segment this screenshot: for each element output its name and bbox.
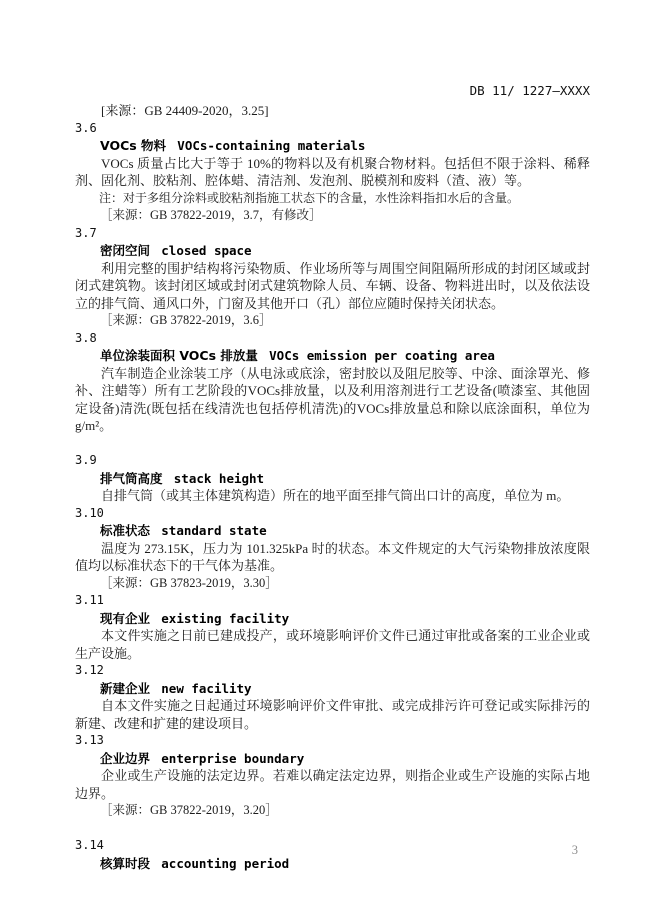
term-section: 3.13 企业边界enterprise boundary 企业或生产设施的法定边… <box>75 732 590 820</box>
section-number: 3.11 <box>75 592 590 610</box>
section-number: 3.7 <box>75 225 590 243</box>
term-heading: 标准状态standard state <box>75 522 590 540</box>
term-section: 3.7 密闭空间closed space 利用完整的围护结构将污染物质、作业场所… <box>75 225 590 330</box>
section-number: 3.8 <box>75 330 590 348</box>
term-chinese: 新建企业 <box>100 681 150 696</box>
note-text: 注：对于多组分涂料或胶粘剂指施工状态下的含量，水性涂料指扣水后的含量。 <box>75 190 590 208</box>
term-chinese: 单位涂装面积 VOCs 排放量 <box>100 348 258 363</box>
definition-paragraph: 自本文件实施之日起通过环境影响评价文件审批、或完成排污许可登记或实际排污的新建、… <box>75 697 590 732</box>
terms-list: 3.6 VOCs 物料VOCs-containing materials VOC… <box>75 120 590 873</box>
term-chinese: 标准状态 <box>100 523 150 538</box>
definition-body: 利用完整的围护结构将污染物质、作业场所等与周围空间阻隔所形成的封闭区域或封闭式建… <box>75 260 590 313</box>
term-chinese: VOCs 物料 <box>100 138 166 153</box>
definition-body: 企业或生产设施的法定边界。若难以确定法定边界，则指企业或生产设施的实际占地边界。 <box>75 767 590 802</box>
definition-paragraph: 温度为 273.15K，压力为 101.325kPa 时的状态。本文件规定的大气… <box>75 540 590 575</box>
section-number: 3.6 <box>75 120 590 138</box>
header-doc-code: DB 11/ 1227—XXXX <box>75 84 590 98</box>
definition-paragraph: 企业或生产设施的法定边界。若难以确定法定边界，则指企业或生产设施的实际占地边界。 <box>75 767 590 802</box>
term-chinese: 现有企业 <box>100 611 150 626</box>
term-heading: 核算时段accounting period <box>75 855 590 873</box>
term-heading: 排气筒高度stack height <box>75 470 590 488</box>
term-section: 3.9 排气筒高度stack height 自排气筒（或其主体建筑构造）所在的地… <box>75 452 590 505</box>
term-chinese: 核算时段 <box>100 856 150 871</box>
section-number: 3.13 <box>75 732 590 750</box>
source-reference: ［来源：GB 37823-2019，3.30］ <box>75 575 590 593</box>
definition-body: 汽车制造企业涂装工序（从电泳或底涂，密封胶以及阻尼胶等、中涂、面涂罩光、修补、注… <box>75 365 590 435</box>
definition-paragraph: VOCs 质量占比大于等于 10%的物料以及有机聚合物材料。包括但不限于涂料、稀… <box>75 155 590 190</box>
document-page: DB 11/ 1227—XXXX [来源：GB 24409-2020，3.25]… <box>0 0 650 919</box>
section-number: 3.14 <box>75 837 590 855</box>
term-section: 3.8 单位涂装面积 VOCs 排放量VOCs emission per coa… <box>75 330 590 435</box>
source-reference: ［来源：GB 37822-2019，3.7，有修改］ <box>75 207 590 225</box>
term-english: enterprise boundary <box>161 751 304 766</box>
term-section: 3.11 现有企业existing facility 本文件实施之日前已建成投产… <box>75 592 590 662</box>
term-section: 3.10 标准状态standard state 温度为 273.15K，压力为 … <box>75 505 590 593</box>
definition-paragraph: 本文件实施之日前已建成投产，或环境影响评价文件已通过审批或备案的工业企业或生产设… <box>75 627 590 662</box>
source-reference: ［来源：GB 37822-2019，3.20］ <box>75 802 590 820</box>
term-heading: 密闭空间closed space <box>75 242 590 260</box>
definition-paragraph: 汽车制造企业涂装工序（从电泳或底涂，密封胶以及阻尼胶等、中涂、面涂罩光、修补、注… <box>75 365 590 435</box>
definition-body: 自排气筒（或其主体建筑构造）所在的地平面至排气筒出口计的高度，单位为 m。 <box>75 487 590 505</box>
definition-body: 自本文件实施之日起通过环境影响评价文件审批、或完成排污许可登记或实际排污的新建、… <box>75 697 590 732</box>
term-english: existing facility <box>161 611 289 626</box>
term-chinese: 密闭空间 <box>100 243 150 258</box>
term-chinese: 企业边界 <box>100 751 150 766</box>
definition-body: VOCs 质量占比大于等于 10%的物料以及有机聚合物材料。包括但不限于涂料、稀… <box>75 155 590 190</box>
source-reference: ［来源：GB 37822-2019，3.6］ <box>75 312 590 330</box>
term-english: new facility <box>161 681 251 696</box>
section-number: 3.10 <box>75 505 590 523</box>
term-heading: 现有企业existing facility <box>75 610 590 628</box>
definition-paragraph: 利用完整的围护结构将污染物质、作业场所等与周围空间阻隔所形成的封闭区域或封闭式建… <box>75 260 590 313</box>
section-number: 3.12 <box>75 662 590 680</box>
term-section: 3.6 VOCs 物料VOCs-containing materials VOC… <box>75 120 590 225</box>
term-english: accounting period <box>161 856 289 871</box>
term-english: stack height <box>174 471 264 486</box>
term-chinese: 排气筒高度 <box>100 471 163 486</box>
source-reference: [来源：GB 24409-2020，3.25] <box>75 102 590 120</box>
definition-body: 本文件实施之日前已建成投产，或环境影响评价文件已通过审批或备案的工业企业或生产设… <box>75 627 590 662</box>
term-english: VOCs emission per coating area <box>269 348 495 363</box>
term-heading: 新建企业new facility <box>75 680 590 698</box>
definition-paragraph: 自排气筒（或其主体建筑构造）所在的地平面至排气筒出口计的高度，单位为 m。 <box>75 487 590 505</box>
term-english: standard state <box>161 523 266 538</box>
term-heading: 单位涂装面积 VOCs 排放量VOCs emission per coating… <box>75 347 590 365</box>
term-english: closed space <box>161 243 251 258</box>
term-heading: 企业边界enterprise boundary <box>75 750 590 768</box>
term-section: 3.12 新建企业new facility 自本文件实施之日起通过环境影响评价文… <box>75 662 590 732</box>
definition-body: 温度为 273.15K，压力为 101.325kPa 时的状态。本文件规定的大气… <box>75 540 590 575</box>
page-number: 3 <box>572 842 578 860</box>
term-heading: VOCs 物料VOCs-containing materials <box>75 137 590 155</box>
term-section: 3.14 核算时段accounting period <box>75 837 590 872</box>
section-number: 3.9 <box>75 452 590 470</box>
term-english: VOCs-containing materials <box>177 138 365 153</box>
